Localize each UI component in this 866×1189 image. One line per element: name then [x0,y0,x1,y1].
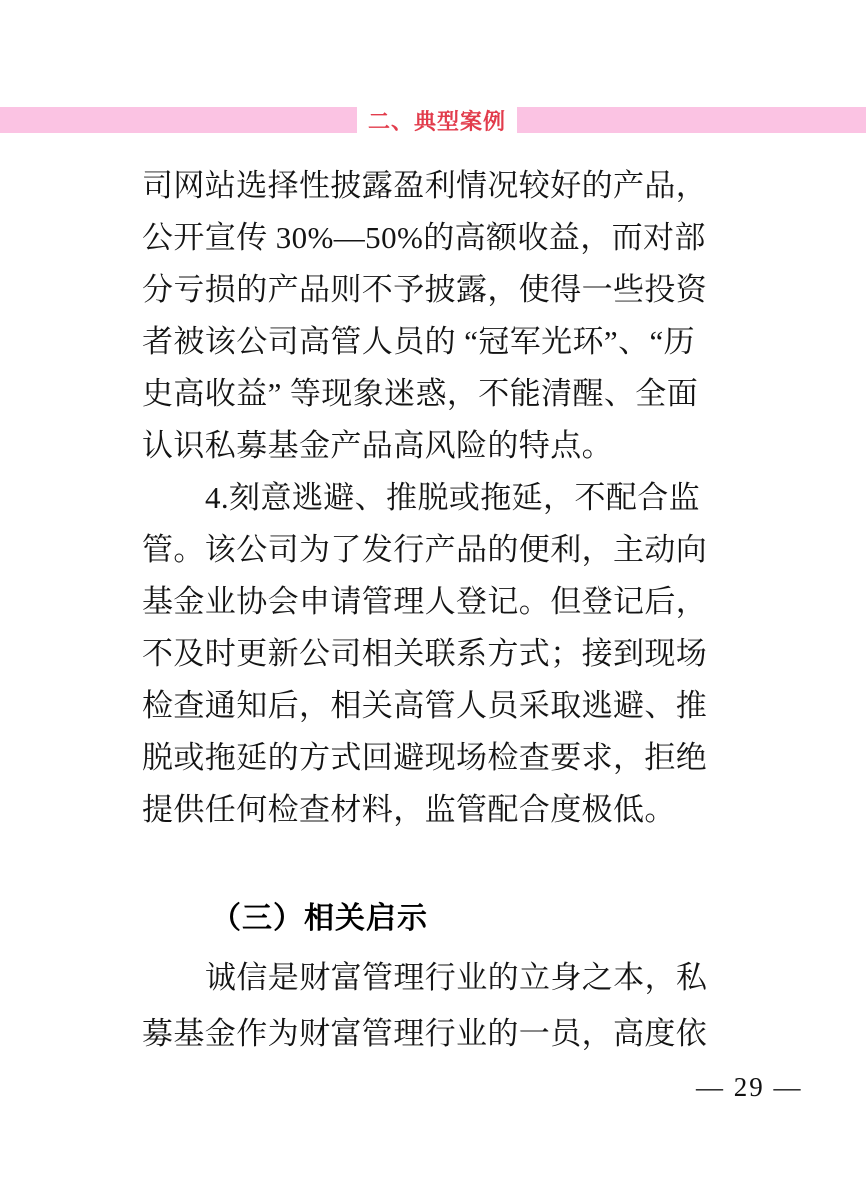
body-text-block: 司网站选择性披露盈利情况较好的产品， 公开宣传 30%—50%的高额收益，而对部… [142,160,742,836]
body-line: 不及时更新公司相关联系方式；接到现场 [142,628,742,680]
body-line: 检查通知后，相关高管人员采取逃避、推 [142,680,742,732]
body-line: 分亏损的产品则不予披露，使得一些投资 [142,264,742,316]
body-line: 募基金作为财富管理行业的一员，高度依 [142,1006,742,1062]
chapter-header-label-box: 二、典型案例 [357,103,517,137]
body-line: 史高收益” 等现象迷惑，不能清醒、全面 [142,368,742,420]
body-line: 管。该公司为了发行产品的便利，主动向 [142,524,742,576]
chapter-header-label: 二、典型案例 [368,105,506,136]
body-line: 诚信是财富管理行业的立身之本，私 [142,950,742,1006]
body-line: 4.刻意逃避、推脱或拖延，不配合监 [142,472,742,524]
body-line: 司网站选择性披露盈利情况较好的产品， [142,160,742,212]
body-line: 提供任何检查材料，监管配合度极低。 [142,784,742,836]
body-line: 者被该公司高管人员的 “冠军光环”、“历 [142,316,742,368]
book-page: 二、典型案例 司网站选择性披露盈利情况较好的产品， 公开宣传 30%—50%的高… [0,0,866,1189]
body-line: 认识私募基金产品高风险的特点。 [142,420,742,472]
page-number: — 29 — [696,1072,803,1103]
closing-paragraph: 诚信是财富管理行业的立身之本，私 募基金作为财富管理行业的一员，高度依 [142,950,742,1062]
body-line: 基金业协会申请管理人登记。但登记后， [142,576,742,628]
section-heading: （三）相关启示 [211,893,428,937]
body-line: 公开宣传 30%—50%的高额收益，而对部 [142,212,742,264]
body-line: 脱或拖延的方式回避现场检查要求，拒绝 [142,732,742,784]
